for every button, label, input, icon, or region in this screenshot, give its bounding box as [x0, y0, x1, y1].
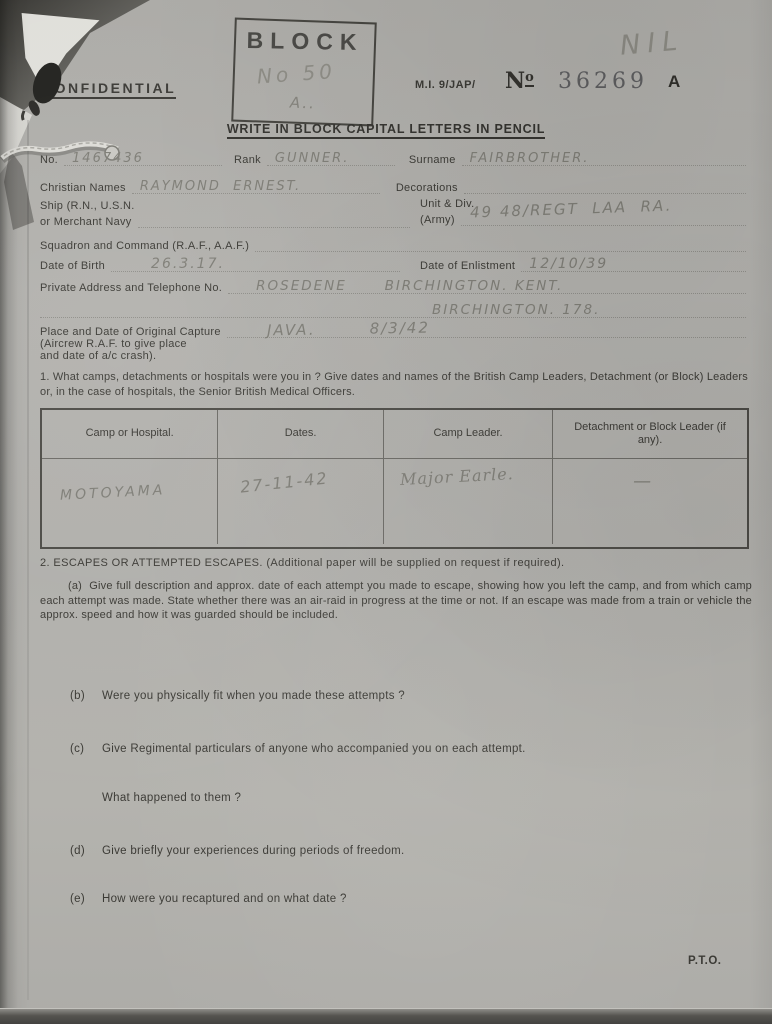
enlistment-field-line: 12/10/39	[521, 256, 746, 272]
question-2b: (b) Were you physically fit when you mad…	[70, 690, 405, 702]
question-2d-marker: (d)	[70, 845, 102, 857]
question-2c-text: Give Regimental particulars of anyone wh…	[102, 743, 526, 755]
row-address-continued: BIRCHINGTON. 178.	[40, 302, 746, 318]
ship-label-line1: Ship (R.N., U.S.N.	[40, 200, 410, 212]
number-abbreviation: No	[505, 68, 534, 94]
header-detachment-leader: Detachment or Block Leader (if any).	[553, 410, 747, 458]
surname-label: Surname	[395, 154, 462, 166]
section-2-heading: 2. ESCAPES OR ATTEMPTED ESCAPES. (Additi…	[40, 556, 748, 571]
question-2d-text: Give briefly your experiences during per…	[102, 845, 405, 857]
dob-label: Date of Birth	[40, 260, 111, 272]
decorations-label: Decorations	[380, 182, 464, 194]
detachment-value: —	[633, 471, 653, 492]
number-abbrev-o: o	[525, 70, 534, 87]
question-2e-marker: (e)	[70, 893, 102, 905]
question-2a: (a) Give full description and approx. da…	[40, 579, 752, 623]
header-dates: Dates.	[218, 410, 384, 458]
dob-value: 26.3.17.	[151, 256, 225, 272]
squadron-label: Squadron and Command (R.A.F., A.A.F.)	[40, 240, 255, 252]
christian-names-value: RAYMOND ERNEST.	[140, 179, 301, 194]
form-instruction-text: WRITE IN BLOCK CAPITAL LETTERS IN PENCIL	[227, 122, 545, 139]
confidential-classification: CONFIDENTIAL	[42, 80, 176, 99]
dob-field-line: 26.3.17.	[111, 256, 400, 272]
camp-value: MOTOYAMA	[60, 482, 166, 503]
unit-label-line2: (Army)	[420, 214, 461, 226]
question-2c2-text: What happened to them ?	[102, 792, 241, 804]
question-2c-followup: What happened to them ?	[102, 792, 241, 804]
address-value-line1: ROSEDENE BIRCHINGTON. KENT.	[256, 278, 563, 294]
form-instruction-heading: WRITE IN BLOCK CAPITAL LETTERS IN PENCIL	[0, 122, 772, 136]
rank-label: Rank	[222, 154, 267, 166]
rank-field-line: GUNNER.	[267, 150, 395, 166]
number-abbrev-n: N	[505, 68, 525, 94]
form-serial-suffix: A	[668, 72, 681, 92]
ship-field-line	[138, 212, 410, 228]
question-2b-marker: (b)	[70, 690, 102, 702]
address-field-line: ROSEDENE BIRCHINGTON. KENT.	[228, 278, 746, 294]
enlistment-value: 12/10/39	[529, 256, 608, 272]
no-label: No.	[40, 154, 64, 166]
question-2e-text: How were you recaptured and on what date…	[102, 893, 347, 905]
capture-value: JAVA. 8/3/42	[267, 319, 430, 340]
ship-label-block: Ship (R.N., U.S.N. or Merchant Navy	[40, 200, 410, 228]
question-2a-marker: (a)	[68, 580, 82, 592]
ship-label-line2: or Merchant Navy	[40, 216, 138, 228]
header-camp-leader: Camp Leader.	[384, 410, 553, 458]
address-value-line2: BIRCHINGTON. 178.	[432, 302, 600, 318]
address-label: Private Address and Telephone No.	[40, 282, 228, 294]
question-2c: (c) Give Regimental particulars of anyon…	[70, 743, 526, 755]
form-reference-prefix: M.I. 9/JAP/	[415, 79, 476, 91]
header-camp-or-hospital: Camp or Hospital.	[42, 410, 218, 458]
capture-field-line: JAVA. 8/3/42	[227, 322, 746, 338]
camps-table: Camp or Hospital. Dates. Camp Leader. De…	[40, 408, 749, 549]
block-letter-handwritten: A..	[290, 94, 317, 113]
decorations-line	[464, 178, 746, 194]
camps-table-header-row: Camp or Hospital. Dates. Camp Leader. De…	[42, 410, 747, 459]
capture-label-line1: Place and Date of Original Capture	[40, 326, 227, 338]
capture-label-line2: (Aircrew R.A.F. to give place	[40, 338, 746, 350]
block-number-handwritten: No 50	[256, 59, 336, 88]
camps-table-body-row: MOTOYAMA 27-11-42 Major Earle. —	[42, 459, 747, 544]
no-value: 1467436	[72, 151, 144, 166]
page-bottom-edge	[0, 1008, 772, 1024]
cell-dates: 27-11-42	[218, 459, 384, 544]
block-stamp-box: BLOCK No 50 A..	[231, 18, 377, 127]
christian-names-line: RAYMOND ERNEST.	[132, 178, 380, 194]
question-2a-text: Give full description and approx. date o…	[40, 580, 752, 621]
question-2d: (d) Give briefly your experiences during…	[70, 845, 405, 857]
block-stamp-text: BLOCK	[236, 27, 374, 56]
address-continuation-line: BIRCHINGTON. 178.	[40, 302, 746, 318]
row-christian-decorations: Christian Names RAYMOND ERNEST. Decorati…	[40, 178, 746, 194]
enlistment-label: Date of Enlistment	[420, 260, 521, 272]
surname-field-line: FAIRBROTHER.	[462, 150, 746, 166]
squadron-field-line	[255, 236, 746, 252]
unit-div-block: Unit & Div. (Army) 49 48/REGT LAA RA.	[420, 198, 746, 226]
rank-value: GUNNER.	[275, 151, 349, 166]
nil-annotation: NIL	[619, 25, 686, 61]
cell-camp: MOTOYAMA	[42, 459, 218, 544]
row-private-address: Private Address and Telephone No. ROSEDE…	[40, 278, 746, 294]
form-serial-number: 36269	[558, 69, 648, 94]
camp-leader-value: Major Earle.	[400, 464, 515, 489]
paper-crease	[27, 120, 29, 1000]
row-squadron: Squadron and Command (R.A.F., A.A.F.)	[40, 236, 746, 252]
surname-value: FAIRBROTHER.	[470, 151, 590, 166]
question-2b-text: Were you physically fit when you made th…	[102, 690, 405, 702]
cell-camp-leader: Major Earle.	[384, 459, 553, 544]
question-2c-marker: (c)	[70, 743, 102, 755]
capture-label-line3: and date of a/c crash).	[40, 350, 746, 362]
row-no-rank-surname: No. 1467436 Rank GUNNER. Surname FAIRBRO…	[40, 150, 746, 166]
row-date-of-enlistment: Date of Enlistment 12/10/39	[420, 256, 746, 272]
question-2e: (e) How were you recaptured and on what …	[70, 893, 347, 905]
question-1-text: 1. What camps, detachments or hospitals …	[40, 370, 748, 399]
dates-value: 27-11-42	[239, 468, 329, 496]
capture-block: Place and Date of Original Capture JAVA.…	[40, 322, 746, 362]
christian-names-label: Christian Names	[40, 182, 132, 194]
no-field-line: 1467436	[64, 150, 222, 166]
pto-footer: P.T.O.	[688, 955, 721, 967]
cell-detachment-leader: —	[553, 459, 747, 544]
row-date-of-birth: Date of Birth 26.3.17.	[40, 256, 400, 272]
